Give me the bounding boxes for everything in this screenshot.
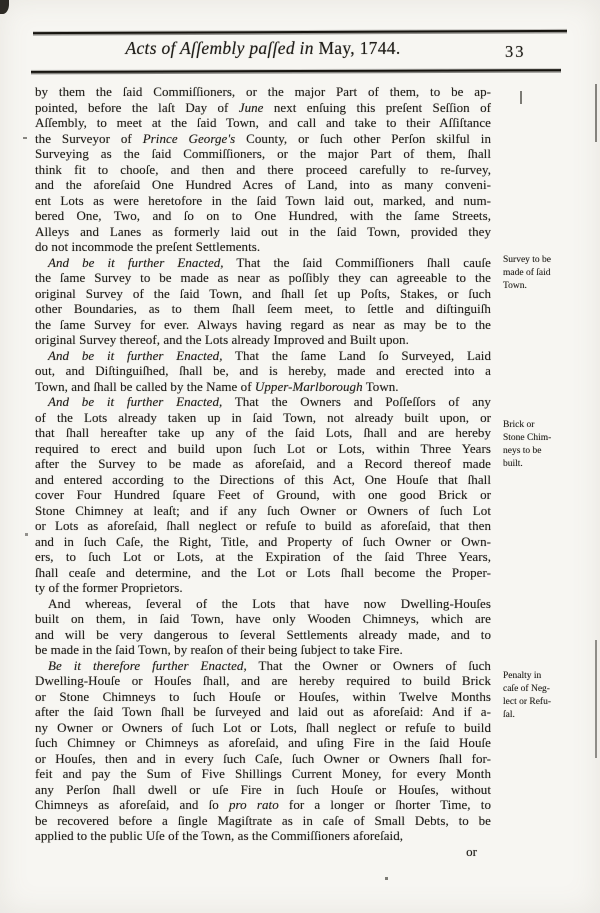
text-line: or Lots as aforeſaid, ſhall neglect or r… — [35, 518, 491, 534]
text-line: be recovered before a ſingle Magiſtrate … — [35, 813, 491, 829]
text-line: of the Lots already taken up in ſaid Tow… — [35, 410, 491, 426]
text-line: the ſame Survey to be made as near as po… — [35, 270, 491, 286]
text-line: feit and pay the Sum of Five Shillings C… — [35, 766, 491, 782]
margin-note-line: lect or Refu- — [503, 696, 583, 709]
text-line: and in ſuch Caſe, the Right, Title, and … — [35, 534, 491, 550]
text-line: Be it therefore further Enacted, That th… — [35, 658, 491, 674]
text-line: And whereas, ſeveral of the Lots that ha… — [35, 596, 491, 612]
scan-artifact — [0, 0, 9, 14]
margin-note-line: built. — [503, 458, 583, 471]
margin-note-line: ſal. — [503, 709, 583, 722]
text-line: ny Owner or Owners of ſuch Lot or Lots, … — [35, 720, 491, 736]
margin-note: Penalty incaſe of Neg-lect or Refu-ſal. — [503, 670, 583, 722]
text-line: ty of the former Proprietors. — [35, 580, 491, 596]
catchword: or — [35, 844, 491, 860]
text-line: ſuch Chimney or Chimneys as aforeſaid, a… — [35, 735, 491, 751]
page-number: 33 — [505, 42, 565, 62]
text-line: after the ſaid Town ſhall be ſurveyed an… — [35, 704, 491, 720]
text-line: Stone Chimney at leaſt; and if any ſuch … — [35, 503, 491, 519]
text-line: any Perſon ſhall dwell or uſe Fire in ſu… — [35, 782, 491, 798]
margin-note-line: Survey to be — [503, 254, 583, 267]
scan-artifact — [25, 533, 28, 536]
page-title-roman: May, 1744. — [314, 38, 401, 58]
text-line: do not incommode the preſent Settlements… — [35, 239, 491, 255]
text-line: Chimneys as aforeſaid, and ſo pro rato f… — [35, 797, 491, 813]
header-rule-bottom — [31, 69, 561, 73]
scan-artifact — [595, 84, 597, 142]
text-line: other Boundaries, as to them ſhall ſeem … — [35, 301, 491, 317]
margin-note-line: neys to be — [503, 445, 583, 458]
page-title-italic: Acts of Aſſembly paſſed in — [125, 38, 313, 58]
text-line: and the aforeſaid One Hundred Acres of L… — [35, 177, 491, 193]
text-line: Dwelling-Houſe or Houſes ſhall, and are … — [35, 673, 491, 689]
text-line: And be it further Enacted, That the ſame… — [35, 348, 491, 364]
text-line: out, and Diſtinguiſhed, ſhall be, and is… — [35, 363, 491, 379]
scan-artifact — [520, 91, 522, 104]
document-page: Acts of Aſſembly paſſed in May, 1744. 33… — [0, 0, 600, 913]
text-line: be made in the ſaid Town, by reaſon of t… — [35, 642, 491, 658]
margin-note-line: made of ſaid — [503, 267, 583, 280]
text-line: the Surveyor of Prince George's County, … — [35, 131, 491, 147]
text-line: or Houſes, then and in every ſuch Caſe, … — [35, 751, 491, 767]
text-line: cover Four Hundred ſquare Feet of Ground… — [35, 487, 491, 503]
text-line: applied to the public Uſe of the Town, a… — [35, 828, 491, 844]
text-line: Alleys and Lanes as formerly laid out in… — [35, 224, 491, 240]
margin-note-line: Town. — [503, 280, 583, 293]
text-line: that ſhall hereafter take up any of the … — [35, 425, 491, 441]
text-line: And be it further Enacted, That the Owne… — [35, 394, 491, 410]
margin-note: Survey to bemade of ſaidTown. — [503, 254, 583, 293]
text-line: Town, and ſhall be called by the Name of… — [35, 379, 491, 395]
text-line: the ſame Survey for ever. Always having … — [35, 317, 491, 333]
text-line: pointed, before the laſt Day of June nex… — [35, 100, 491, 116]
margin-note-line: Stone Chim- — [503, 432, 583, 445]
text-line: and will be very dangerous to ſeveral Se… — [35, 627, 491, 643]
scan-artifact — [595, 640, 597, 758]
text-line: required to erect and build upon ſuch Lo… — [35, 441, 491, 457]
text-line: Aſſembly, to meet at the ſaid Town, and … — [35, 115, 491, 131]
scan-artifact — [23, 137, 27, 139]
text-block: by them the ſaid Commiſſioners, or the m… — [35, 84, 491, 859]
text-line: by them the ſaid Commiſſioners, or the m… — [35, 84, 491, 100]
text-line: Surveying as the ſaid Commiſſioners, or … — [35, 146, 491, 162]
margin-note-line: caſe of Neg- — [503, 683, 583, 696]
margin-note: Brick orStone Chim-neys to bebuilt. — [503, 419, 583, 471]
text-line: after the Survey to be made as aforeſaid… — [35, 456, 491, 472]
margin-note-line: Brick or — [503, 419, 583, 432]
text-line: original Survey thereof, and the Lots al… — [35, 332, 491, 348]
text-line: bered One, Two, and ſo on to One Hundred… — [35, 208, 491, 224]
page-title: Acts of Aſſembly paſſed in May, 1744. — [35, 38, 491, 59]
text-line: ſhall ceaſe and determine, and the Lot o… — [35, 565, 491, 581]
text-line: And be it further Enacted, That the ſaid… — [35, 255, 491, 271]
text-line: and entered according to the Directions … — [35, 472, 491, 488]
margin-note-line: Penalty in — [503, 670, 583, 683]
text-line: built on them, in ſaid Town, have only W… — [35, 611, 491, 627]
header-rule-top — [33, 30, 567, 34]
text-line: or Stone Chimneys to ſuch Houſe or Houſe… — [35, 689, 491, 705]
text-line: original Survey of the ſaid Town, and ſh… — [35, 286, 491, 302]
text-line: ers, to ſuch Lot or Lots, at the Expirat… — [35, 549, 491, 565]
text-line: ent Lots as were heretofore in the ſaid … — [35, 193, 491, 209]
scan-artifact — [385, 877, 388, 880]
text-line: think fit to chooſe, and then and there … — [35, 162, 491, 178]
